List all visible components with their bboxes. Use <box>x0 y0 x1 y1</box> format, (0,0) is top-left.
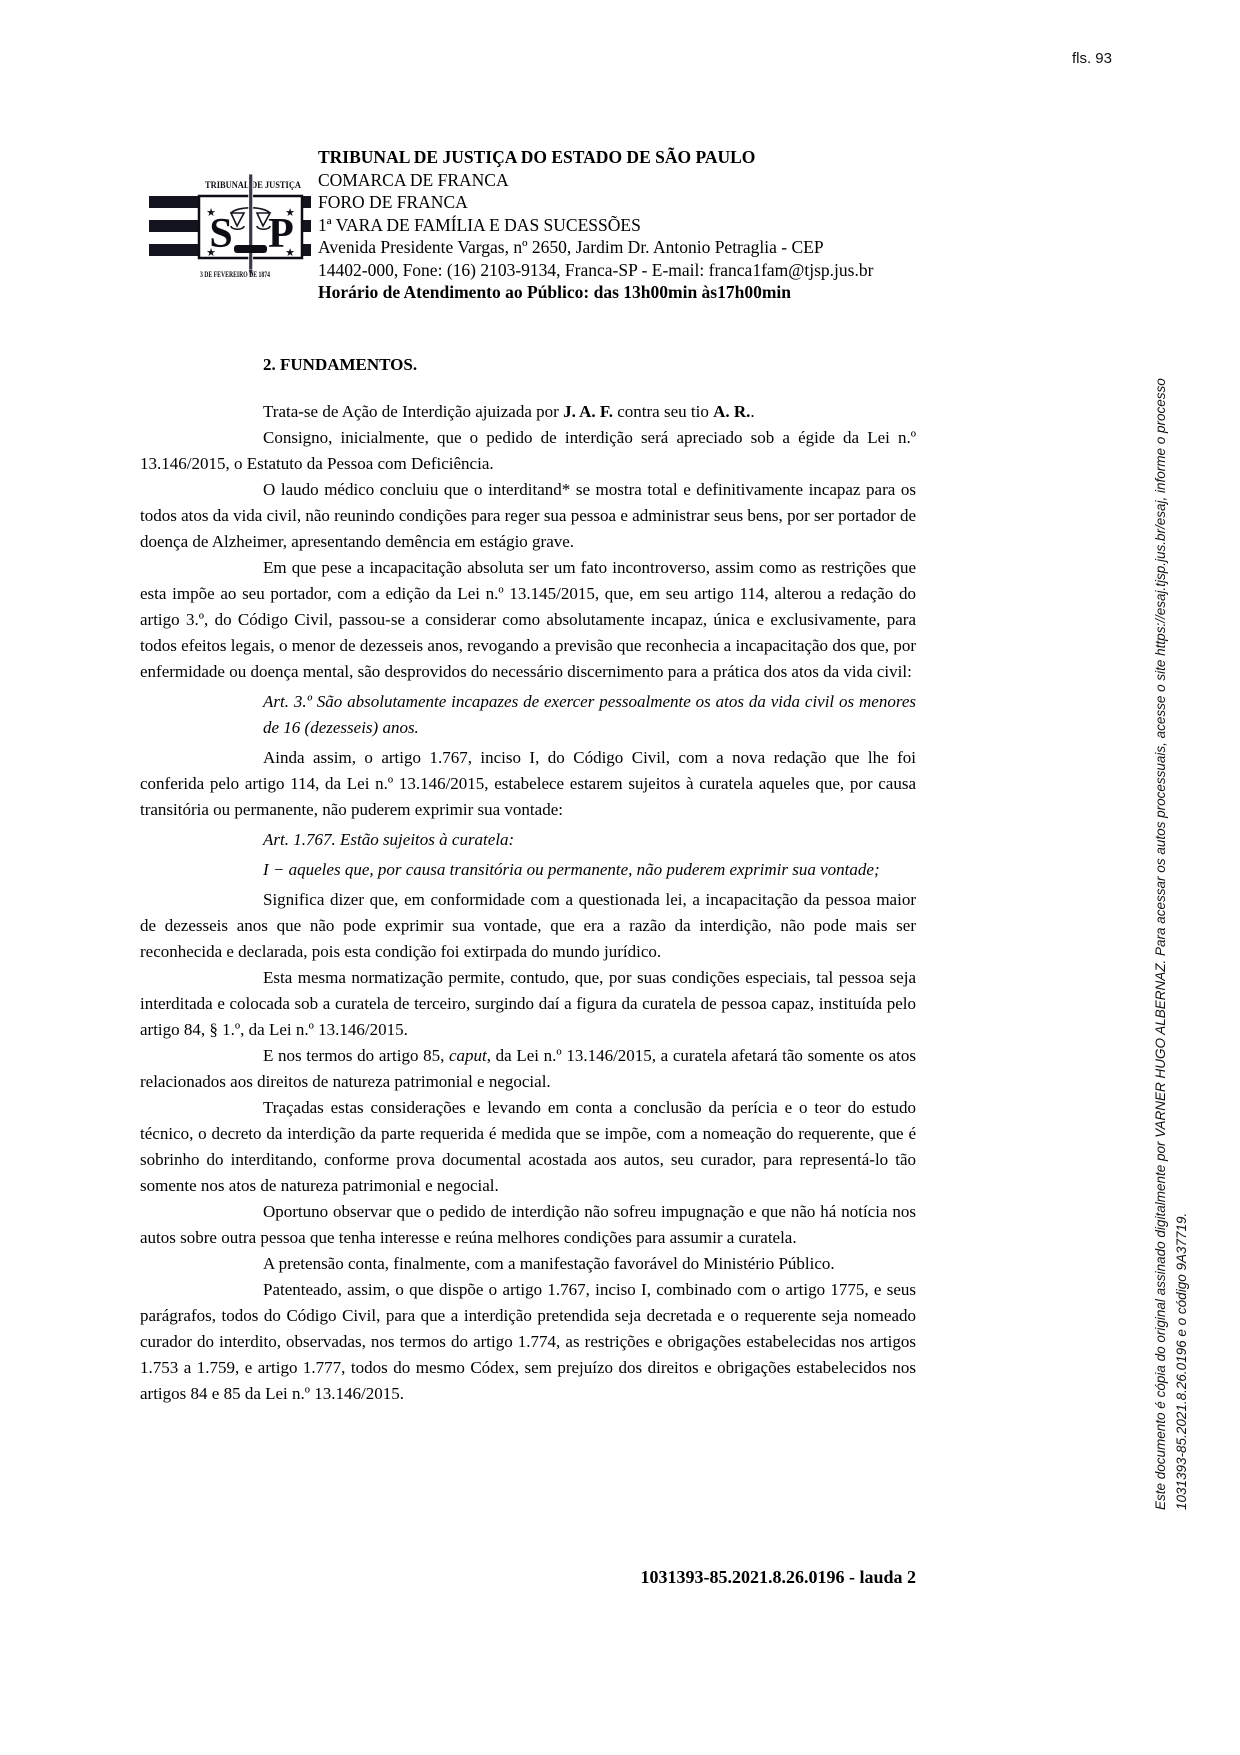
logo-letter-s: S <box>209 211 232 257</box>
letterhead-line: COMARCA DE FRANCA <box>318 169 923 192</box>
paragraph: Esta mesma normatização permite, contudo… <box>140 965 916 1043</box>
quoted-article: I − aqueles que, por causa transitória o… <box>263 857 916 883</box>
paragraph: O laudo médico concluiu que o interditan… <box>140 477 916 555</box>
paragraph: Significa dizer que, em conformidade com… <box>140 887 916 965</box>
paragraph: Oportuno observar que o pedido de interd… <box>140 1199 916 1251</box>
paragraph: Em que pese a incapacitação absoluta ser… <box>140 555 916 685</box>
letterhead-line: 14402-000, Fone: (16) 2103-9134, Franca-… <box>318 259 923 282</box>
letterhead-text-block: TRIBUNAL DE JUSTIÇA DO ESTADO DE SÃO PAU… <box>318 146 923 304</box>
paragraph: Trata-se de Ação de Interdição ajuizada … <box>140 399 916 425</box>
paragraph: A pretensão conta, finalmente, com a man… <box>140 1251 916 1277</box>
quoted-article: Art. 1.767. Estão sujeitos à curatela: <box>263 827 916 853</box>
letterhead-line: Horário de Atendimento ao Público: das 1… <box>318 281 923 304</box>
document-body: 2. FUNDAMENTOS.Trata-se de Ação de Inter… <box>140 352 916 1407</box>
signature-note-line2: 1031393-85.2021.8.26.0196 e o código 9A3… <box>1171 210 1192 1510</box>
letterhead-line: 1ª VARA DE FAMÍLIA E DAS SUCESSÕES <box>318 214 923 237</box>
case-number-lauda: 1031393-85.2021.8.26.0196 - lauda 2 <box>140 1567 916 1588</box>
paragraph: Traçadas estas considerações e levando e… <box>140 1095 916 1199</box>
signature-note-line1: Este documento é cópia do original assin… <box>1150 210 1171 1510</box>
letterhead-line: TRIBUNAL DE JUSTIÇA DO ESTADO DE SÃO PAU… <box>318 146 923 169</box>
letterhead-line: Avenida Presidente Vargas, nº 2650, Jard… <box>318 236 923 259</box>
folio-number: fls. 93 <box>1072 50 1112 67</box>
paragraph: Consigno, inicialmente, que o pedido de … <box>140 425 916 477</box>
digital-signature-vertical-note: Este documento é cópia do original assin… <box>1150 210 1194 1510</box>
logo-bottom-label: 3 DE FEVEREIRO DE 1874 <box>200 269 271 279</box>
paragraph: E nos termos do artigo 85, caput, da Lei… <box>140 1043 916 1095</box>
logo-letter-p: P <box>268 211 294 257</box>
tjsp-coat-of-arms-logo: TRIBUNAL DE JUSTIÇA ★ ★ ★ ★ S P 3 DE FEV… <box>149 146 311 280</box>
court-letterhead: TRIBUNAL DE JUSTIÇA ★ ★ ★ ★ S P 3 DE FEV… <box>149 146 923 304</box>
section-heading: 2. FUNDAMENTOS. <box>263 352 916 378</box>
logo-top-label: TRIBUNAL DE JUSTIÇA <box>205 180 301 190</box>
paragraph: Patenteado, assim, o que dispõe o artigo… <box>140 1277 916 1407</box>
paragraph: Ainda assim, o artigo 1.767, inciso I, d… <box>140 745 916 823</box>
quoted-article: Art. 3.º São absolutamente incapazes de … <box>263 689 916 741</box>
letterhead-line: FORO DE FRANCA <box>318 191 923 214</box>
